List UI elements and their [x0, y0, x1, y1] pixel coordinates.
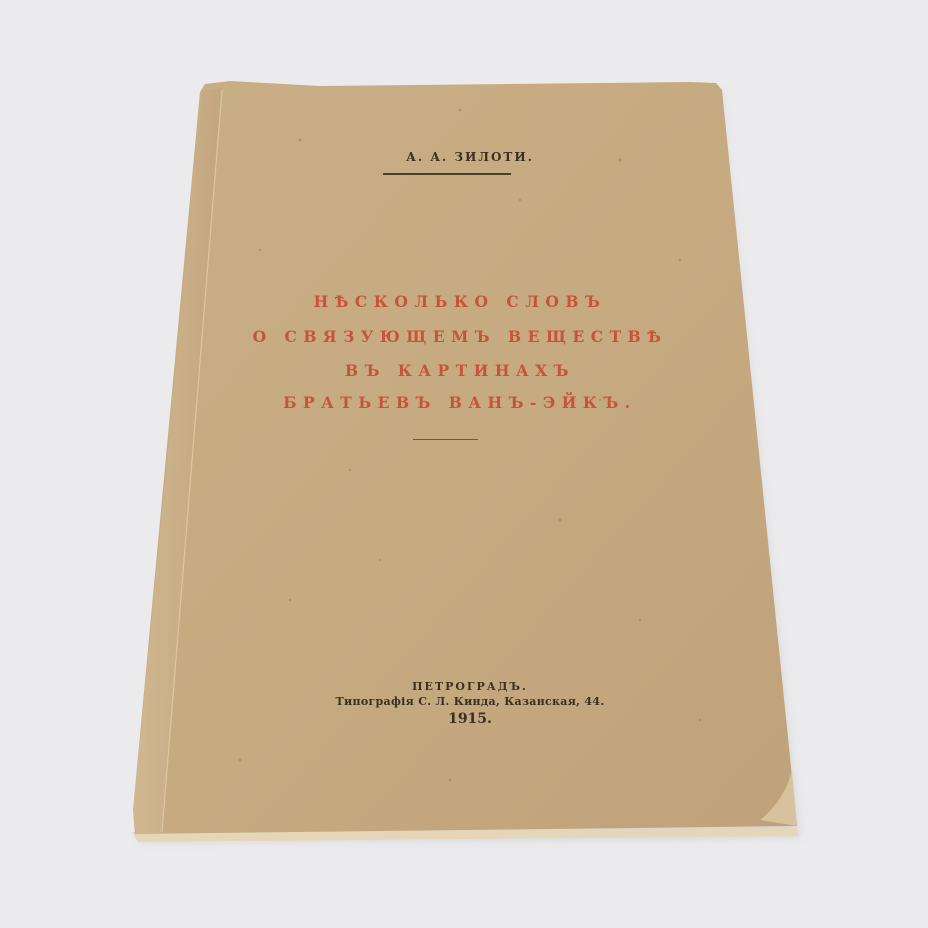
title-line-2: О СВЯЗУЮЩЕМЪ ВЕЩЕСТВѢ	[200, 327, 720, 346]
imprint-city: ПЕТРОГРАДЪ.	[260, 680, 680, 693]
imprint-year: 1915.	[260, 711, 680, 727]
imprint-press: Типографія С. Л. Кинда, Казанская, 44.	[260, 695, 680, 708]
author-underline	[383, 173, 511, 175]
title-line-3: ВЪ КАРТИНАХЪ	[200, 361, 720, 380]
title-line-1: НѢСКОЛЬКО СЛОВЪ	[200, 292, 720, 311]
author-name: А. А. ЗИЛОТИ.	[380, 150, 560, 164]
title-line-4: БРАТЬЕВЪ ВАНЪ-ЭЙКЪ.	[200, 393, 720, 412]
ornamental-divider	[413, 439, 478, 440]
photo-scene	[0, 0, 928, 928]
